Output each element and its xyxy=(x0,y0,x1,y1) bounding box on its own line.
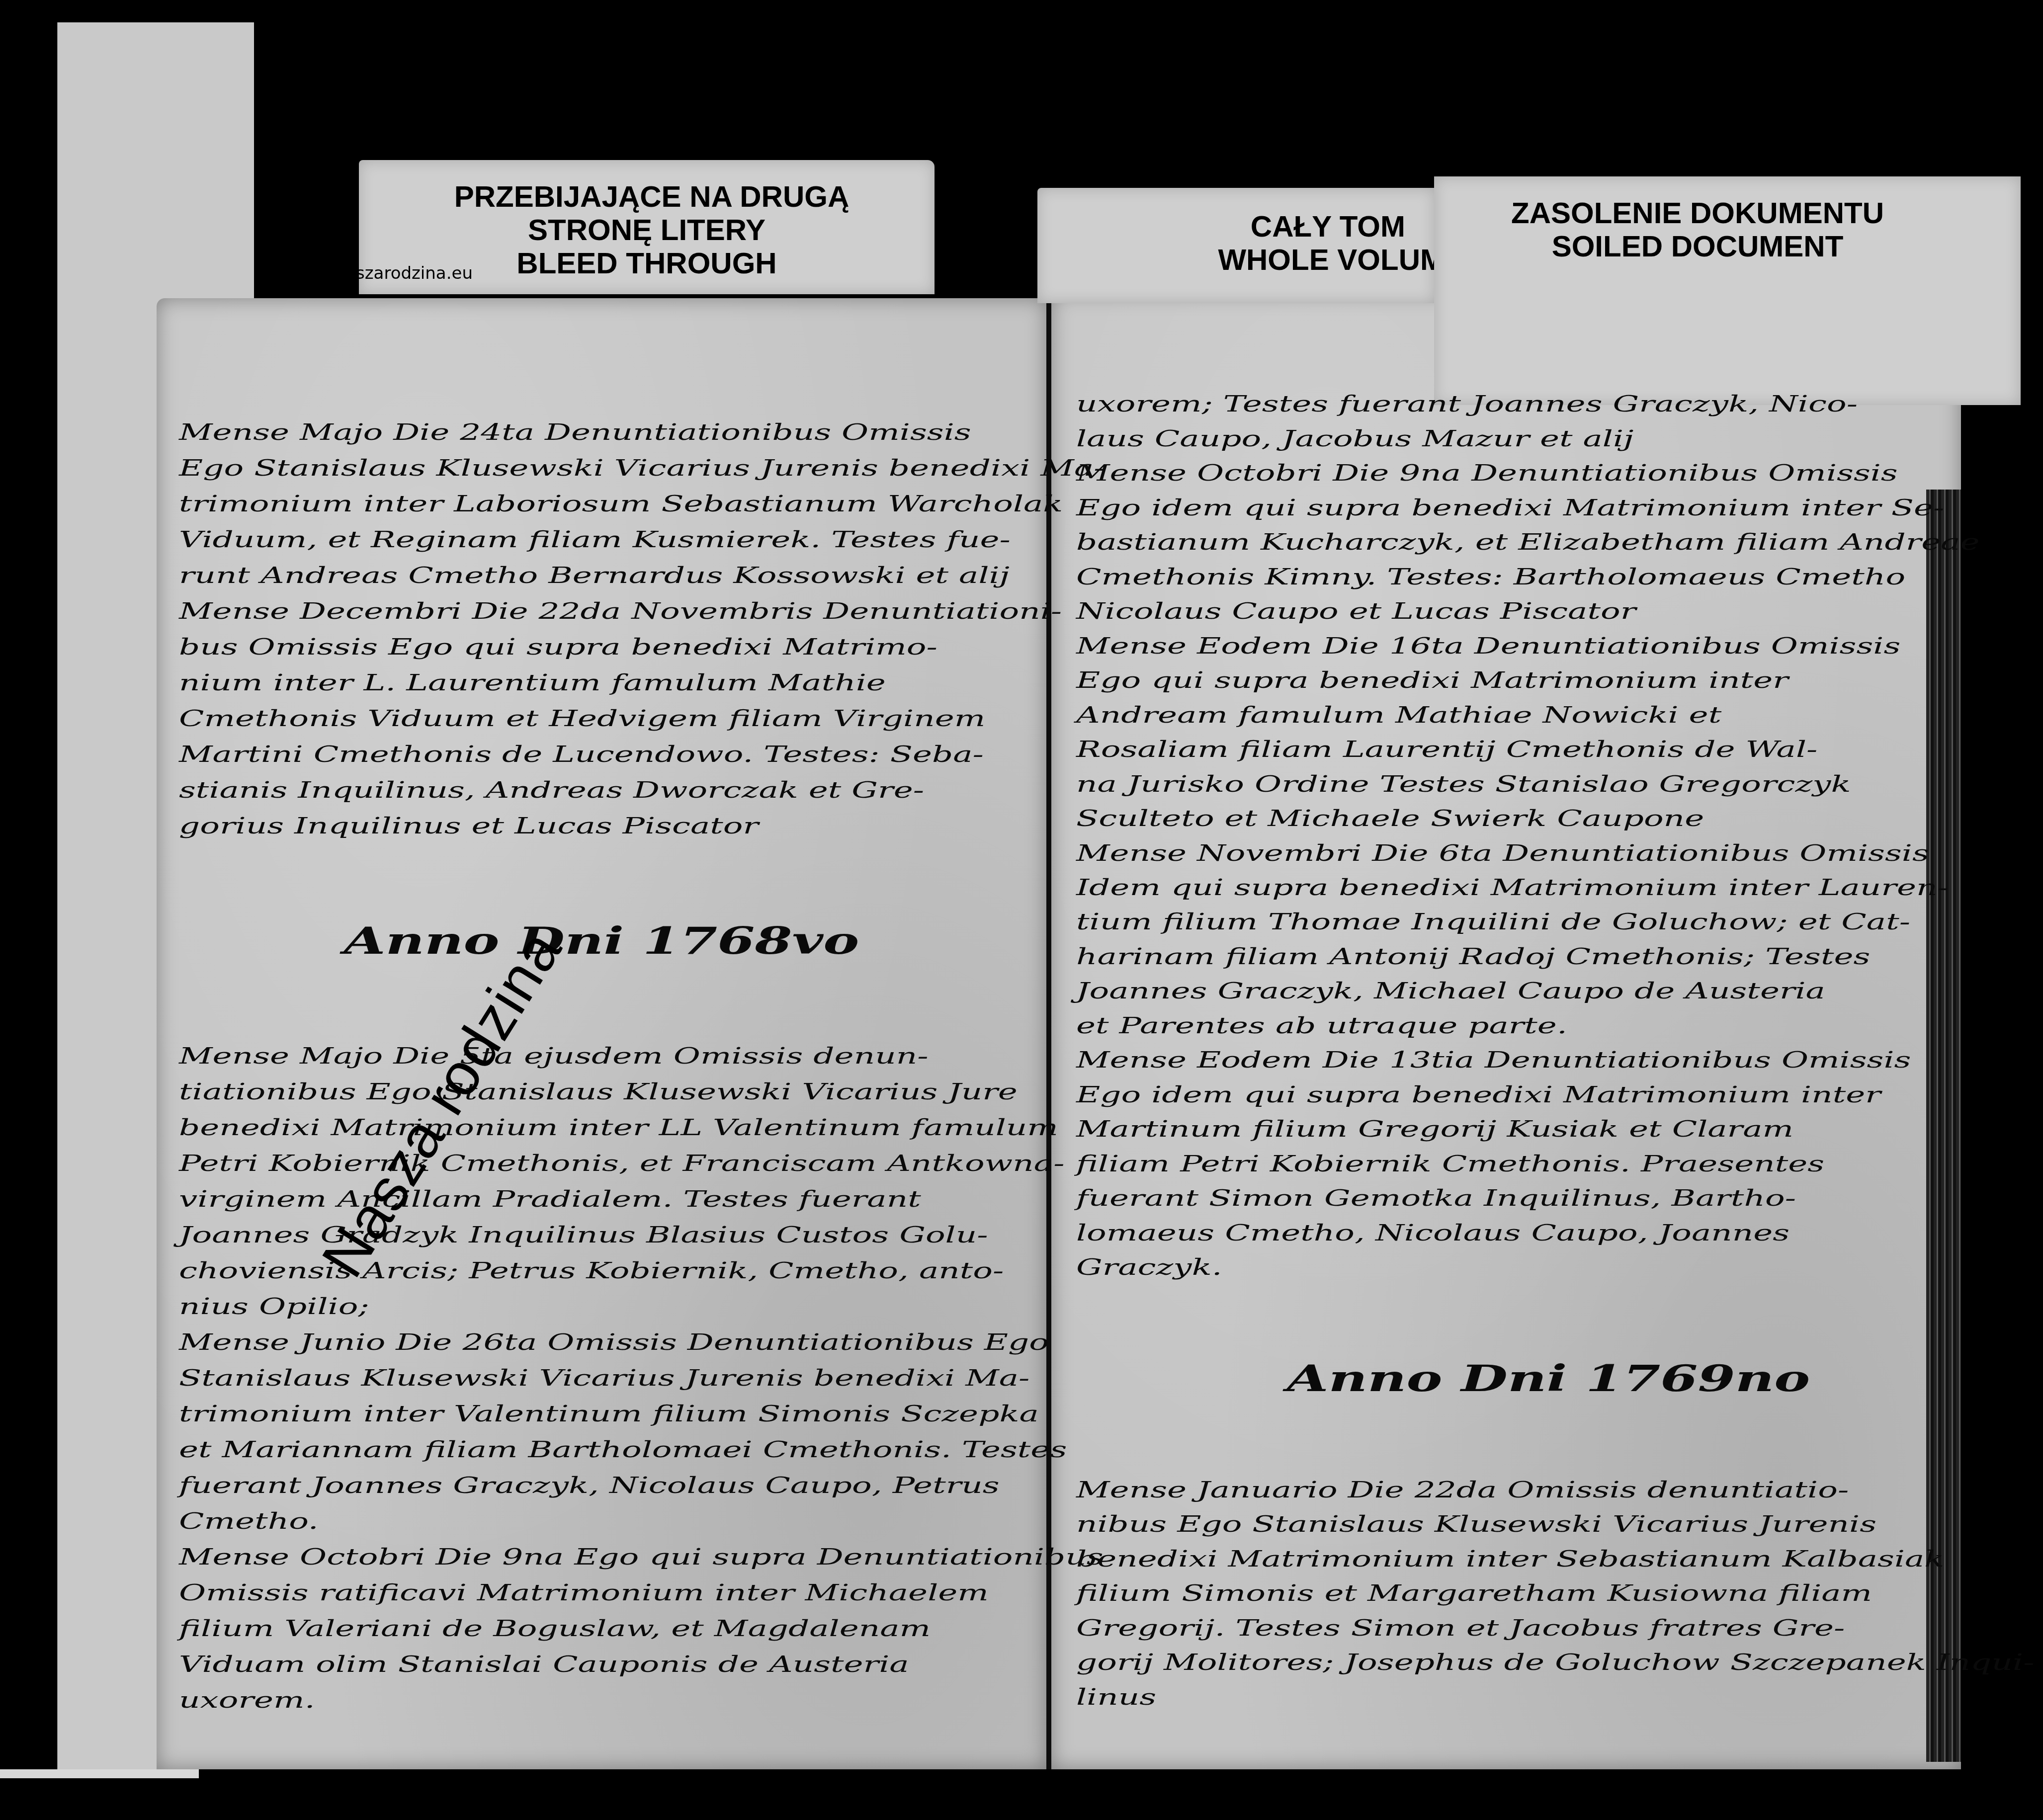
handwritten-line: Martini Cmethonis de Lucendowo. Testes: … xyxy=(179,737,1105,772)
handwritten-line: Cmetho. xyxy=(179,1503,1105,1539)
handwritten-line: et Parentes ab utraque parte. xyxy=(1076,1008,2035,1043)
handwritten-line: Ego idem qui supra benedixi Matrimonium … xyxy=(1076,1077,2035,1112)
handwritten-line: gorij Molitores; Josephus de Goluchow Sz… xyxy=(1076,1646,2035,1680)
handwritten-line: trimonium inter Valentinum filium Simoni… xyxy=(179,1396,1105,1432)
handwritten-line: virginem Ancillam Pradialem. Testes fuer… xyxy=(179,1181,1105,1217)
handwritten-line: Cmethonis Viduum et Hedvigem filiam Virg… xyxy=(179,701,1105,737)
handwritten-line: linus xyxy=(1076,1680,2035,1714)
handwritten-line: Mense Januario Die 22da Omissis denuntia… xyxy=(1076,1473,2035,1507)
left-entries-1767: Mense Majo Die 24ta Denuntiationibus Omi… xyxy=(179,414,1105,844)
handwritten-line: Viduam olim Stanislai Cauponis de Auster… xyxy=(179,1647,1105,1682)
handwritten-line: na Jurisko Ordine Testes Stanislao Grego… xyxy=(1076,767,2035,801)
handwritten-line: filiam Petri Kobiernik Cmethonis. Praese… xyxy=(1076,1147,2035,1181)
handwritten-line: benedixi Matrimonium inter Sebastianum K… xyxy=(1076,1542,2035,1576)
handwritten-line: Mense Decembri Die 22da Novembris Denunt… xyxy=(179,593,1105,629)
handwritten-line: Joannes Graczyk, Michael Caupo de Auster… xyxy=(1076,974,2035,1008)
handwritten-line: Mense Junio Die 26ta Omissis Denuntiatio… xyxy=(179,1324,1105,1360)
left-entries-1768: Mense Majo Die 5ta ejusdem Omissis denun… xyxy=(179,1038,1105,1718)
handwritten-line: Graczyk. xyxy=(1076,1250,2035,1285)
scan-border-bottom xyxy=(0,1769,2043,1820)
handwritten-line: uxorem. xyxy=(179,1682,1105,1718)
handwritten-line: Ego idem qui supra benedixi Matrimonium … xyxy=(1076,491,2035,525)
handwritten-line: Martinum filium Gregorij Kusiak et Clara… xyxy=(1076,1112,2035,1147)
handwritten-line: laus Caupo, Jacobus Mazur et alij xyxy=(1076,421,2035,456)
label-whole-volume: CAŁY TOM WHOLE VOLUM xyxy=(1037,188,1435,303)
handwritten-line: Andream famulum Mathiae Nowicki et xyxy=(1076,698,2035,732)
left-page-text: Mense Majo Die 24ta Denuntiationibus Omi… xyxy=(179,343,1105,1754)
handwritten-line: Ego Stanislaus Klusewski Vicarius Jureni… xyxy=(179,450,1105,486)
label-bleed-line2: STRONĘ LITERY xyxy=(359,213,935,247)
handwritten-line: filium Valeriani de Boguslaw, et Magdale… xyxy=(179,1611,1105,1647)
handwritten-line: nibus Ego Stanislaus Klusewski Vicarius … xyxy=(1076,1507,2035,1542)
handwritten-line: Ego qui supra benedixi Matrimonium inter xyxy=(1076,663,2035,698)
handwritten-line: tiationibus Ego Stanislaus Klusewski Vic… xyxy=(179,1074,1105,1110)
handwritten-line: runt Andreas Cmetho Bernardus Kossowski … xyxy=(179,558,1105,593)
handwritten-line: Petri Kobiernik Cmethonis, et Franciscam… xyxy=(179,1146,1105,1181)
year-heading-1769: Anno Dni 1769no xyxy=(1076,1354,1991,1404)
right-entries-1768: uxorem; Testes fuerant Joannes Graczyk, … xyxy=(1076,387,2035,1285)
handwritten-line: Sculteto et Michaele Swierk Caupone xyxy=(1076,802,2035,836)
handwritten-line: Mense Novembri Die 6ta Denuntiationibus … xyxy=(1076,836,2035,870)
handwritten-line: Mense Majo Die 24ta Denuntiationibus Omi… xyxy=(179,414,1105,450)
handwritten-line: gorius Inquilinus et Lucas Piscator xyxy=(179,808,1105,844)
handwritten-line: Mense Octobri Die 9na Ego qui supra Denu… xyxy=(179,1539,1105,1575)
handwritten-line: Rosaliam filiam Laurentij Cmethonis de W… xyxy=(1076,733,2035,767)
handwritten-line: Gregorij. Testes Simon et Jacobus fratre… xyxy=(1076,1611,2035,1645)
label-soiled-line2: SOILED DOCUMENT xyxy=(1434,230,1961,263)
handwritten-line: nius Opilio; xyxy=(179,1289,1105,1324)
handwritten-line: bastianum Kucharczyk, et Elizabetham fil… xyxy=(1076,525,2035,560)
handwritten-line: fuerant Simon Gemotka Inquilinus, Bartho… xyxy=(1076,1181,2035,1216)
handwritten-line: Cmethonis Kimny. Testes: Bartholomaeus C… xyxy=(1076,560,2035,594)
handwritten-line: nium inter L. Laurentium famulum Mathie xyxy=(179,665,1105,701)
site-mark: szarodzina.eu xyxy=(356,263,473,283)
handwritten-line: trimonium inter Laboriosum Sebastianum W… xyxy=(179,486,1105,522)
handwritten-line: Mense Majo Die 5ta ejusdem Omissis denun… xyxy=(179,1038,1105,1074)
handwritten-line: bus Omissis Ego qui supra benedixi Matri… xyxy=(179,629,1105,665)
handwritten-line: Stanislaus Klusewski Vicarius Jurenis be… xyxy=(179,1360,1105,1396)
handwritten-line: Idem qui supra benedixi Matrimonium inte… xyxy=(1076,871,2035,905)
handwritten-line: et Mariannam filiam Bartholomaei Cmethon… xyxy=(179,1432,1105,1468)
handwritten-line: Mense Eodem Die 16ta Denuntiationibus Om… xyxy=(1076,629,2035,663)
handwritten-line: uxorem; Testes fuerant Joannes Graczyk, … xyxy=(1076,387,2035,421)
handwritten-line: harinam filiam Antonij Radoj Cmethonis; … xyxy=(1076,939,2035,974)
strip-lip xyxy=(0,1769,199,1778)
handwritten-line: stianis Inquilinus, Andreas Dworczak et … xyxy=(179,772,1105,808)
handwritten-line: filium Simonis et Margaretham Kusiowna f… xyxy=(1076,1576,2035,1611)
handwritten-line: benedixi Matrimonium inter LL Valentinum… xyxy=(179,1110,1105,1146)
right-entries-1769: Mense Januario Die 22da Omissis denuntia… xyxy=(1076,1473,2035,1714)
handwritten-line: Omissis ratificavi Matrimonium inter Mic… xyxy=(179,1575,1105,1611)
label-whole-line1: CAŁY TOM xyxy=(1037,210,1435,243)
handwritten-line: lomaeus Cmetho, Nicolaus Caupo, Joannes xyxy=(1076,1216,2035,1250)
handwritten-line: Mense Octobri Die 9na Denuntiationibus O… xyxy=(1076,456,2035,491)
label-whole-line2: WHOLE VOLUM xyxy=(1037,243,1435,276)
handwritten-line: Nicolaus Caupo et Lucas Piscator xyxy=(1076,594,2035,629)
handwritten-line: Viduum, et Reginam filiam Kusmierek. Tes… xyxy=(179,522,1105,558)
label-bleed-line1: PRZEBIJAJĄCE NA DRUGĄ xyxy=(359,180,935,213)
label-soiled-line1: ZASOLENIE DOKUMENTU xyxy=(1434,196,1961,230)
right-page-text: uxorem; Testes fuerant Joannes Graczyk, … xyxy=(1076,318,2035,1749)
year-heading-1768: Anno Dni 1768vo xyxy=(179,915,1024,967)
handwritten-line: fuerant Joannes Graczyk, Nicolaus Caupo,… xyxy=(179,1468,1105,1503)
handwritten-line: Mense Eodem Die 13tia Denuntiationibus O… xyxy=(1076,1043,2035,1077)
handwritten-line: tium filium Thomae Inquilini de Goluchow… xyxy=(1076,905,2035,939)
